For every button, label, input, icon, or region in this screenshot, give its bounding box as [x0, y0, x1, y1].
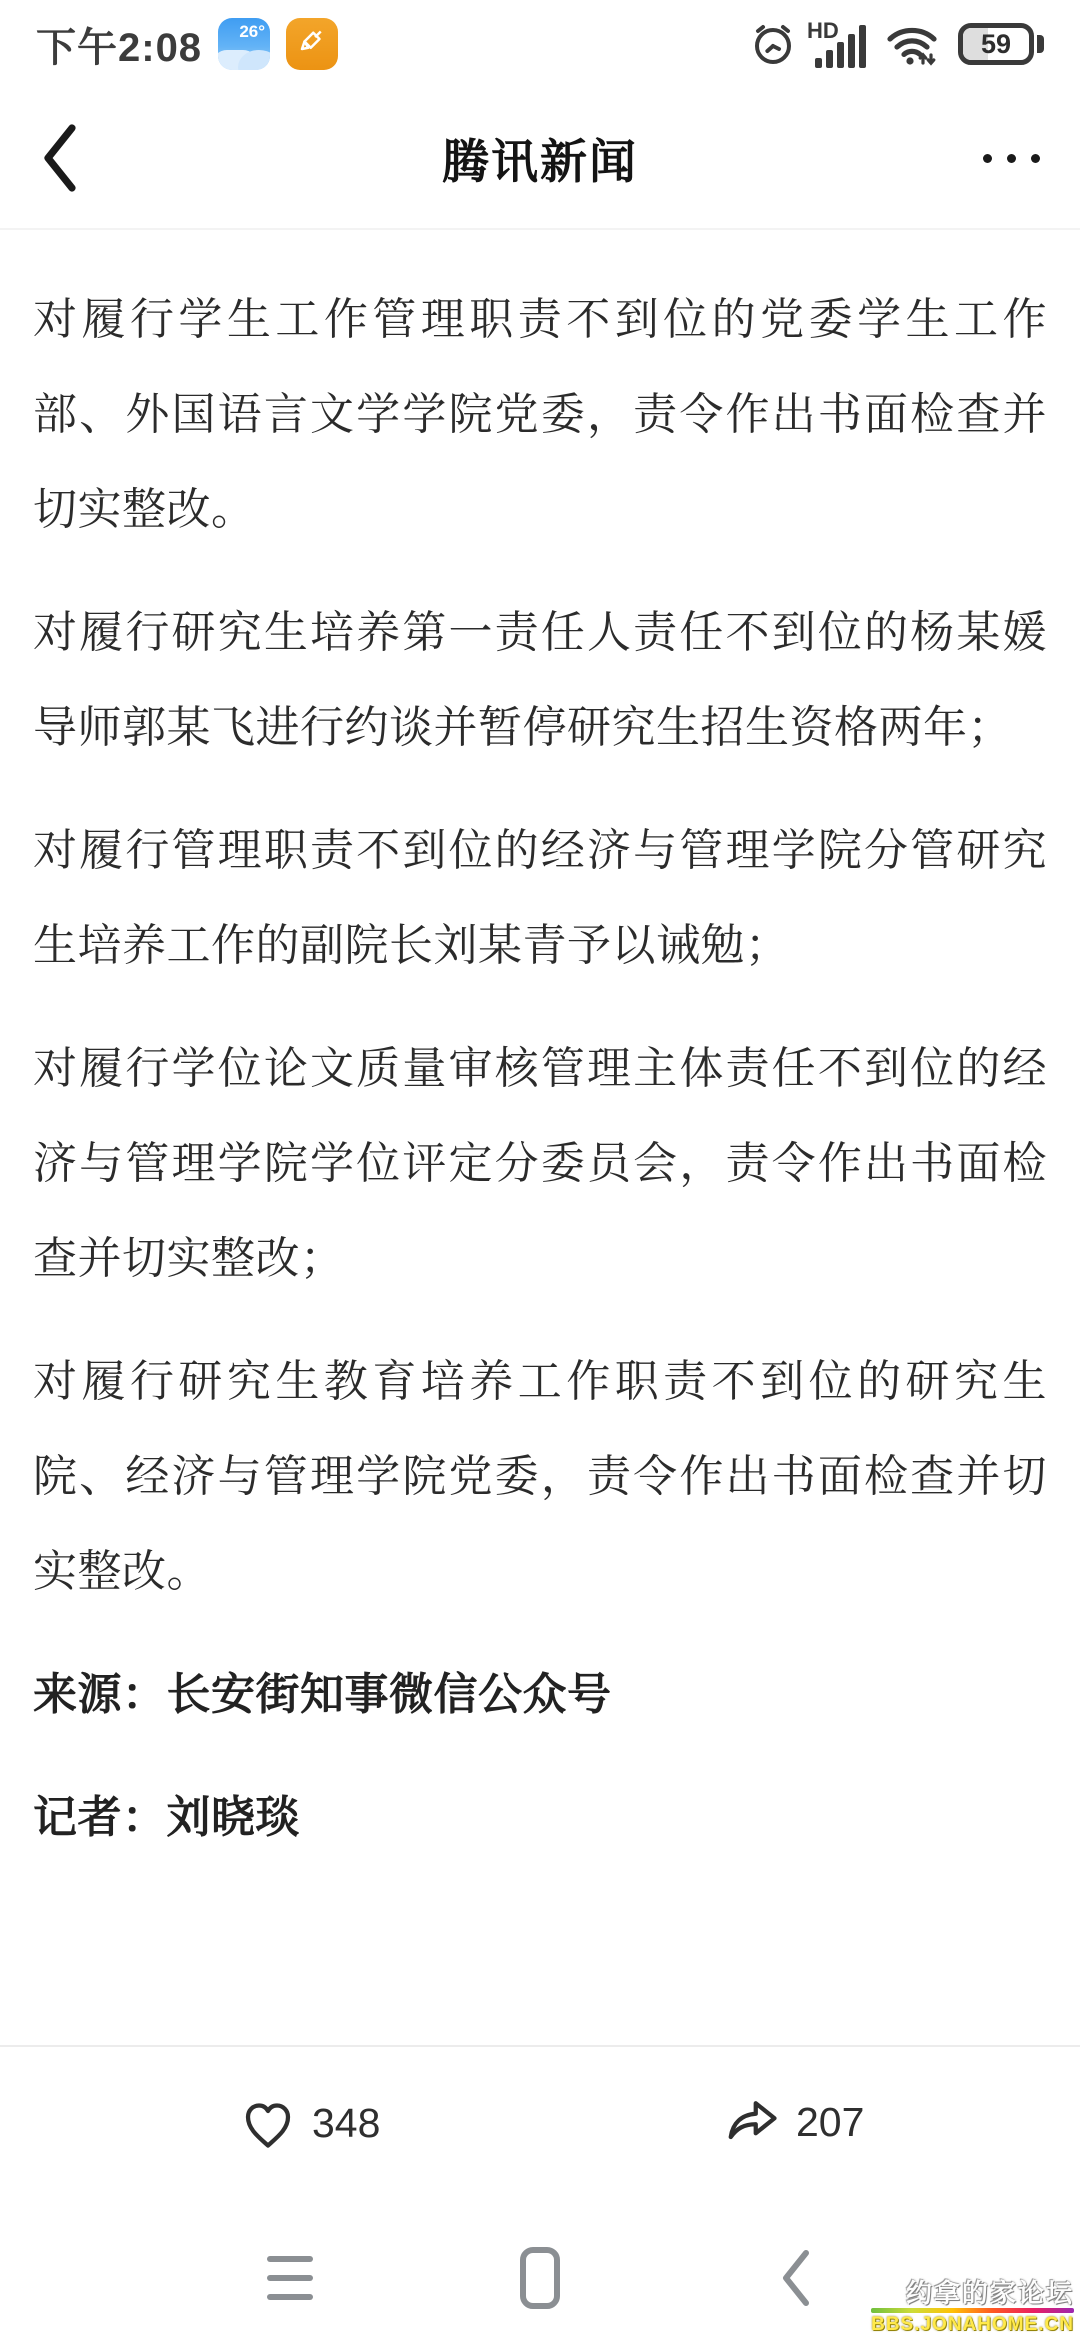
watermark-url: BBS.JONAHOME.CN [871, 2315, 1074, 2336]
signal-bars-icon: HD [815, 20, 866, 68]
article-paragraph: 对履行研究生培养第一责任人责任不到位的杨某媛导师郭某飞进行约谈并暂停研究生招生资… [33, 585, 1047, 775]
hd-badge: HD [807, 18, 839, 44]
clock-time: 下午2:08 [36, 16, 202, 73]
article-paragraph: 对履行学生工作管理职责不到位的党委学生工作部、外国语言文学学院党委，责令作出书面… [33, 272, 1047, 557]
site-watermark: 约拿的家论坛 BBS.JONAHOME.CN [871, 2279, 1074, 2336]
article-source: 来源：长安街知事微信公众号 [33, 1647, 1047, 1742]
app-header: 腾讯新闻 [0, 88, 1080, 230]
home-button[interactable] [505, 2238, 575, 2318]
cleaner-icon [286, 18, 338, 70]
share-button[interactable]: 207 [722, 2092, 864, 2152]
recents-icon [267, 2256, 313, 2300]
battery-cap [1037, 35, 1044, 53]
more-options-button[interactable] [983, 140, 1040, 176]
like-button[interactable]: 348 [238, 2092, 380, 2154]
action-bar: 348 207 [0, 2080, 1080, 2190]
back-icon [778, 2248, 812, 2308]
battery-icon: 59 [958, 23, 1044, 65]
wifi-icon [884, 20, 940, 68]
watermark-text: 约拿的家论坛 [871, 2279, 1074, 2308]
home-icon [520, 2247, 560, 2309]
watermark-rainbow-bar [871, 2308, 1074, 2313]
heart-icon [238, 2092, 298, 2154]
status-bar: 下午2:08 26° HD [0, 0, 1080, 88]
like-count: 348 [312, 2100, 380, 2147]
battery-percent: 59 [981, 29, 1011, 60]
weather-temp: 26° [239, 22, 265, 42]
article-body: 对履行学生工作管理职责不到位的党委学生工作部、外国语言文学学院党委，责令作出书面… [0, 230, 1080, 1893]
article-paragraph: 对履行学位论文质量审核管理主体责任不到位的经济与管理学院学位评定分委员会，责令作… [33, 1021, 1047, 1306]
article-paragraph: 对履行研究生教育培养工作职责不到位的研究生院、经济与管理学院党委，责令作出书面检… [33, 1334, 1047, 1619]
article-reporter: 记者：刘晓琰 [33, 1770, 1047, 1865]
alarm-icon [749, 20, 797, 68]
weather-icon: 26° [218, 18, 270, 70]
share-count: 207 [796, 2099, 864, 2146]
page-title: 腾讯新闻 [0, 88, 1080, 228]
recents-button[interactable] [255, 2238, 325, 2318]
nav-back-button[interactable] [760, 2238, 830, 2318]
section-divider [0, 2045, 1080, 2047]
share-icon [722, 2092, 782, 2152]
article-paragraph: 对履行管理职责不到位的经济与管理学院分管研究生培养工作的副院长刘某青予以诫勉； [33, 803, 1047, 993]
